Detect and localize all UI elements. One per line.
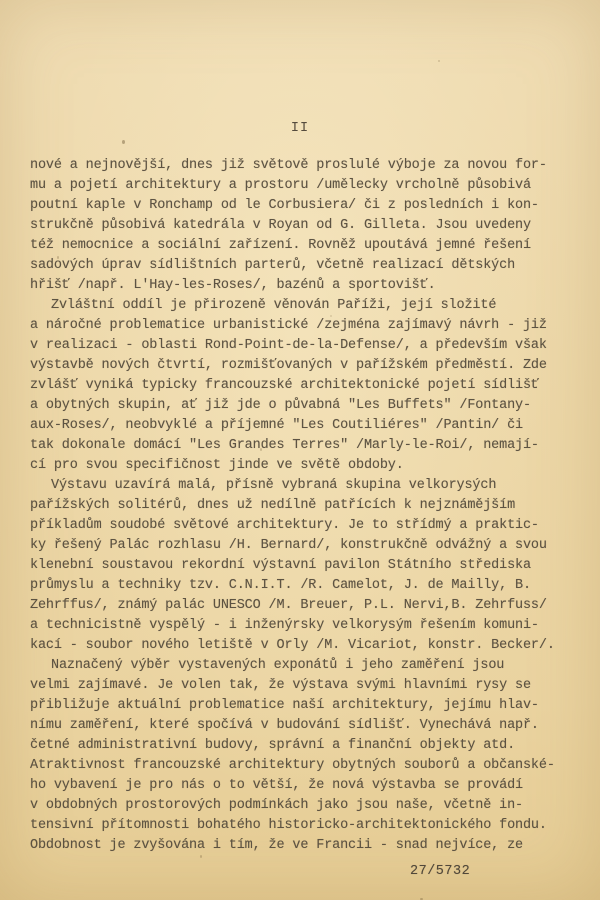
text-line: a obytných skupin, ať již jde o půvabná … <box>30 396 582 416</box>
text-line: pařížských solitérů, dnes už nedílně pat… <box>30 496 582 516</box>
text-line: ho vybavení je pro nás o to větší, že no… <box>30 776 582 796</box>
text-line: v obdobných prostorových podmínkách jako… <box>30 796 582 816</box>
text-line: Naznačený výběr vystavených exponátů i j… <box>30 656 582 676</box>
text-line: ky řešený Palác rozhlasu /H. Bernard/, k… <box>30 536 582 556</box>
text-line: sadových úprav sídlištních parterů, včet… <box>30 256 582 276</box>
text-line: četné administrativní budovy, správní a … <box>30 736 582 756</box>
text-line: Atraktivnost francouzské architektury ob… <box>30 756 582 776</box>
text-line: též nemocnice a sociální zařízení. Rovně… <box>30 236 582 256</box>
text-line: mu a pojetí architektury a prostoru /umě… <box>30 176 582 196</box>
text-line: nové a nejnovější, dnes již světově pros… <box>30 156 582 176</box>
text-line: hřišť /např. L'Hay-les-Roses/, bazénů a … <box>30 276 582 296</box>
text-line: klenební soustavou rekordní výstavní pav… <box>30 556 582 576</box>
text-line: Zvláštní oddíl je přirozeně věnován Paří… <box>30 296 582 316</box>
text-line: zvlášť vyniká typicky francouzské archit… <box>30 376 582 396</box>
text-line: poutní kaple v Ronchamp od le Corbusiera… <box>30 196 582 216</box>
document-page: II nové a nejnovější, dnes již světově p… <box>0 0 600 900</box>
text-line: nímu zaměření, které spočívá v budování … <box>30 716 582 736</box>
text-line: velmi zajímavé. Je volen tak, že výstava… <box>30 676 582 696</box>
text-line: tensivní přítomnosti bohatého historicko… <box>30 816 582 836</box>
text-line: příkladům soudobé světové architektury. … <box>30 516 582 536</box>
page-number-roman: II <box>0 121 600 136</box>
text-line: Obdobnost je zvyšována i tím, že ve Fran… <box>30 836 582 856</box>
typewritten-body: nové a nejnovější, dnes již světově pros… <box>30 156 582 856</box>
text-line: přibližuje aktuální problematice naší ar… <box>30 696 582 716</box>
text-line: Výstavu uzavírá malá, přísně vybraná sku… <box>30 476 582 496</box>
text-line: Zehrffus/, známý palác UNESCO /M. Breuer… <box>30 596 582 616</box>
text-line: v realizaci - oblasti Rond-Point-de-la-D… <box>30 336 582 356</box>
text-line: cí pro svou specifičnost jinde ve světě … <box>30 456 582 476</box>
document-number: 27/5732 <box>410 864 470 879</box>
text-line: a náročné problematice urbanistické /zej… <box>30 316 582 336</box>
text-line: strukčně působivá katedrála v Royan od G… <box>30 216 582 236</box>
text-line: aux-Roses/, neobvyklé a příjemné "Les Co… <box>30 416 582 436</box>
ink-speck <box>438 60 440 62</box>
text-line: průmyslu a techniky tzv. C.N.I.T. /R. Ca… <box>30 576 582 596</box>
text-line: kací - soubor nového letiště v Orly /M. … <box>30 636 582 656</box>
text-line: výstavbě nových čtvrtí, rozmišťovaných v… <box>30 356 582 376</box>
text-line: tak dokonale domácí "Les Grandes Terres"… <box>30 436 582 456</box>
text-line: a technicistně vyspělý - i inženýrsky ve… <box>30 616 582 636</box>
ink-speck <box>122 140 125 144</box>
